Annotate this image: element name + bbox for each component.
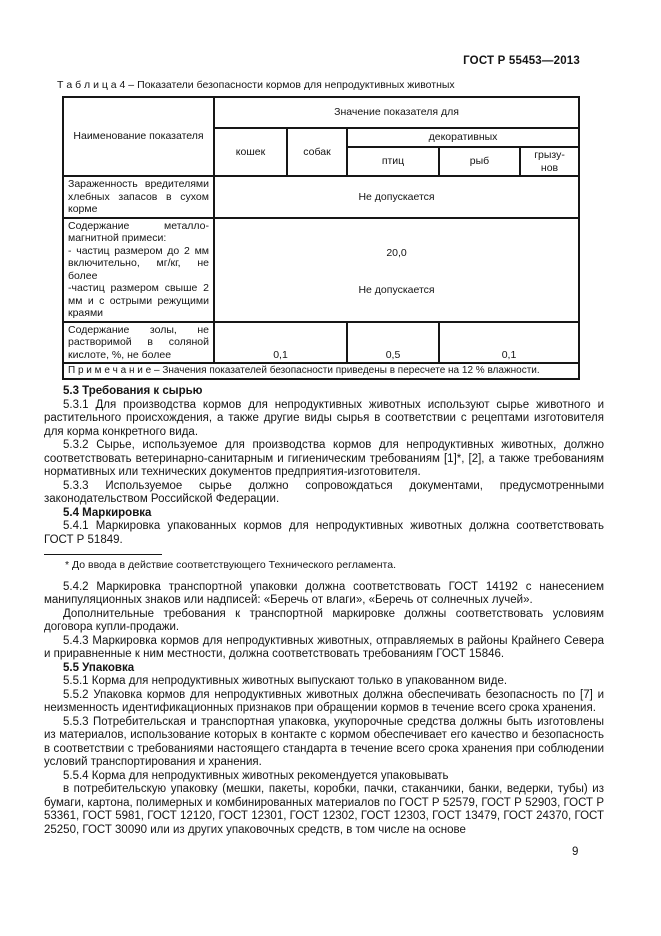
col-header-cats: кошек [214,128,287,176]
infestation-name: Зараженность вредителями хлебных запасов… [63,176,214,218]
col-header-decorative: декоративных [347,128,579,147]
metal-impurities-name: Содержание металло-магнитной примеси: - … [63,218,214,322]
paragraph-5-3-1: 5.3.1 Для производства кормов для непрод… [44,399,604,440]
ash-value-birds: 0,5 [347,322,439,364]
section-heading-5-3: 5.3 Требования к сырью [44,385,604,399]
paragraph-5-4-1: 5.4.1 Маркировка упакованных кормов для … [44,520,604,547]
footnote-separator-rule [44,554,162,555]
metal-value-coarse: Не допускается [219,284,574,297]
footnote-text: * До ввода в действие соответствующего Т… [44,559,604,572]
table-row-ash: Содержание золы, не растворимой в соляно… [63,322,579,364]
table-note: П р и м е ч а н и е – Значения показател… [63,363,579,379]
col-header-birds: птиц [347,147,439,176]
paragraph-5-5-1: 5.5.1 Корма для непродуктивных животных … [44,675,604,689]
document-standard-number: ГОСТ Р 55453—2013 [0,55,580,67]
metal-name-line-2: - частиц размером до 2 мм включительно, … [68,245,209,283]
table-caption-title: Показатели безопасности кормов для непро… [137,79,455,91]
table-caption: Т а б л и ц а 4 –Показатели безопасности… [57,79,455,91]
ash-name: Содержание золы, не растворимой в соляно… [63,322,214,364]
paragraph-5-5-4: 5.5.4 Корма для непродуктивных животных … [44,770,604,784]
table-note-text: – Значения показателей безопасности прив… [154,365,540,376]
ash-value-cats-dogs: 0,1 [214,322,347,364]
document-body: 5.3 Требования к сырью 5.3.1 Для произво… [44,385,604,837]
table-caption-label: Т а б л и ц а 4 – [57,79,134,91]
table-note-label: П р и м е ч а н и е [68,365,151,376]
document-page: ГОСТ Р 55453—2013 Т а б л и ц а 4 –Показ… [0,0,661,936]
col-header-rodents: грызу- нов [520,147,579,176]
metal-value-fine: 20,0 [219,247,574,260]
safety-indicators-table: Наименование показателя Значение показат… [62,96,580,380]
table-header-row-1: Наименование показателя Значение показат… [63,97,579,128]
paragraph-5-3-2: 5.3.2 Сырье, используемое для производст… [44,439,604,480]
paragraph-5-4-2: 5.4.2 Маркировка транспортной упаковки д… [44,581,604,608]
col-header-fish: рыб [439,147,520,176]
col-header-indicator-name: Наименование показателя [63,97,214,176]
section-heading-5-5: 5.5 Упаковка [44,662,604,676]
paragraph-5-5-4-packaging-list: в потребительскую упаковку (мешки, пакет… [44,783,604,837]
paragraph-5-4-2-extra: Дополнительные требования к транспортной… [44,608,604,635]
paragraph-5-5-2: 5.5.2 Упаковка кормов для непродуктивных… [44,689,604,716]
metal-name-line-1: Содержание металло-магнитной примеси: [68,220,209,245]
paragraph-5-5-3: 5.5.3 Потребительская и транспортная упа… [44,716,604,770]
ash-value-fish-rodents: 0,1 [439,322,579,364]
metal-impurities-values: 20,0 Не допускается [214,218,579,322]
metal-name-line-3: -частиц размером свыше 2 мм и с острыми … [68,282,209,320]
table-note-row: П р и м е ч а н и е – Значения показател… [63,363,579,379]
paragraph-5-3-3: 5.3.3 Используемое сырье должно сопровож… [44,480,604,507]
col-header-value-group: Значение показателя для [214,97,579,128]
infestation-value: Не допускается [214,176,579,218]
col-header-dogs: собак [287,128,347,176]
section-heading-5-4: 5.4 Маркировка [44,507,604,521]
footnote-block: * До ввода в действие соответствующего Т… [44,554,604,572]
page-number: 9 [572,846,578,858]
table-row-infestation: Зараженность вредителями хлебных запасов… [63,176,579,218]
paragraph-5-4-3: 5.4.3 Маркировка кормов для непродуктивн… [44,635,604,662]
table-row-metal-impurities: Содержание металло-магнитной примеси: - … [63,218,579,322]
